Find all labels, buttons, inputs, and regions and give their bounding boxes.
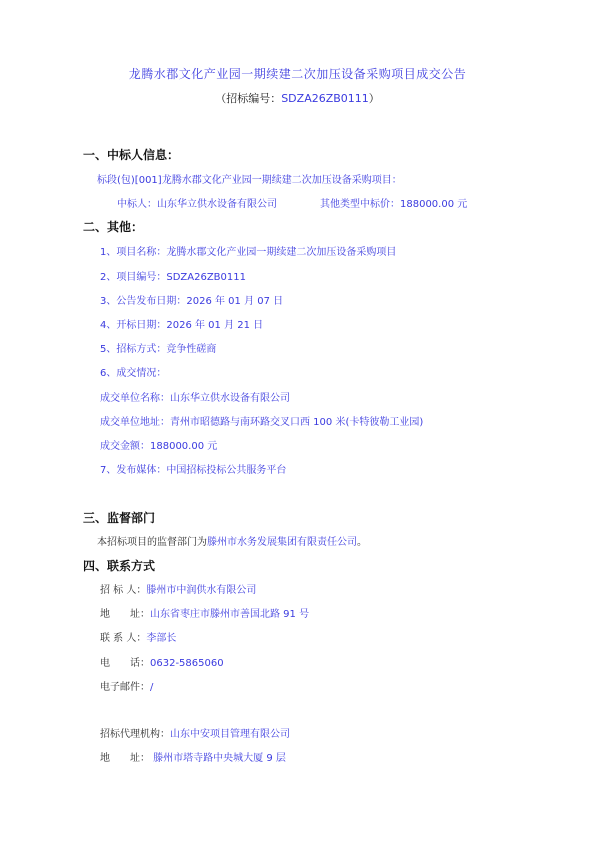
agency-label: 地 址：: [100, 753, 150, 764]
item-publish-date: 3、公告发布日期：2026 年 01 月 07 日: [100, 292, 283, 307]
contact-value: /: [150, 682, 153, 693]
supervisor-org: 滕州市水务发展集团有限责任公司: [207, 537, 357, 548]
deal-amount: 成交金额：188000.00 元: [100, 437, 217, 452]
price-label: 其他类型中标价：: [320, 199, 400, 210]
item-deal-status: 6、成交情况：: [100, 364, 166, 379]
contact-email: 电子邮件：/: [100, 678, 153, 693]
agency-address: 地 址： 滕州市塔寺路中央城大厦 9 层: [100, 749, 286, 764]
supervisor-suffix: 。: [357, 537, 367, 548]
contact-value: 滕州市中润供水有限公司: [146, 585, 256, 596]
document-title: 龙腾水郡文化产业园一期续建二次加压设备采购项目成交公告: [0, 65, 595, 82]
agency-value: 山东中安项目管理有限公司: [170, 729, 290, 740]
deal-name: 成交单位名称：山东华立供水设备有限公司: [100, 389, 290, 404]
subtitle-suffix: ）: [369, 92, 380, 105]
section1-heading: 一、中标人信息：: [83, 146, 179, 163]
agency-name: 招标代理机构：山东中安项目管理有限公司: [100, 725, 290, 740]
section3-heading: 三、监督部门: [83, 509, 155, 526]
document-subtitle: （招标编号：SDZA26ZB0111）: [0, 90, 595, 106]
contact-label: 招 标 人：: [100, 585, 146, 596]
section2-heading: 二、其他：: [83, 218, 143, 235]
contact-value: 0632-5865060: [150, 658, 224, 669]
contact-label: 电子邮件：: [100, 682, 150, 693]
contact-label: 地 址：: [100, 609, 150, 620]
agency-label: 招标代理机构：: [100, 729, 170, 740]
item-project-code: 2、项目编号：SDZA26ZB0111: [100, 268, 246, 283]
contact-phone: 电 话：0632-5865060: [100, 654, 224, 669]
item-open-date: 4、开标日期：2026 年 01 月 21 日: [100, 316, 263, 331]
contact-address: 地 址：山东省枣庄市滕州市善国北路 91 号: [100, 605, 309, 620]
item-project-name: 1、项目名称：龙腾水郡文化产业园一期续建二次加压设备采购项目: [100, 243, 396, 258]
publish-media: 7、发布媒体：中国招标投标公共服务平台: [100, 461, 286, 476]
item-method: 5、招标方式：竞争性磋商: [100, 340, 216, 355]
winner-label: 中标人：: [117, 199, 157, 210]
price-value: 188000.00 元: [400, 199, 467, 210]
deal-address: 成交单位地址：青州市昭德路与南环路交叉口西 100 米(卡特彼勒工业园): [100, 413, 423, 428]
price-line: 其他类型中标价：188000.00 元: [320, 195, 467, 210]
tender-code: SDZA26ZB0111: [281, 92, 369, 105]
contact-value: 山东省枣庄市滕州市善国北路 91 号: [150, 609, 309, 620]
contact-label: 电 话：: [100, 658, 150, 669]
section4-heading: 四、联系方式: [83, 557, 155, 574]
contact-value: 李部长: [146, 633, 176, 644]
contact-tenderer: 招 标 人：滕州市中润供水有限公司: [100, 581, 256, 596]
supervisor-text: 本招标项目的监督部门为滕州市水务发展集团有限责任公司。: [97, 533, 367, 548]
winner-line: 中标人：山东华立供水设备有限公司: [117, 195, 277, 210]
lot-line: 标段(包)[001]龙腾水郡文化产业园一期续建二次加压设备采购项目：: [97, 171, 402, 186]
subtitle-prefix: （招标编号：: [215, 92, 281, 105]
supervisor-prefix: 本招标项目的监督部门为: [97, 537, 207, 548]
winner-value: 山东华立供水设备有限公司: [157, 199, 277, 210]
contact-label: 联 系 人：: [100, 633, 146, 644]
contact-person: 联 系 人：李部长: [100, 629, 176, 644]
agency-value: 滕州市塔寺路中央城大厦 9 层: [150, 753, 286, 764]
